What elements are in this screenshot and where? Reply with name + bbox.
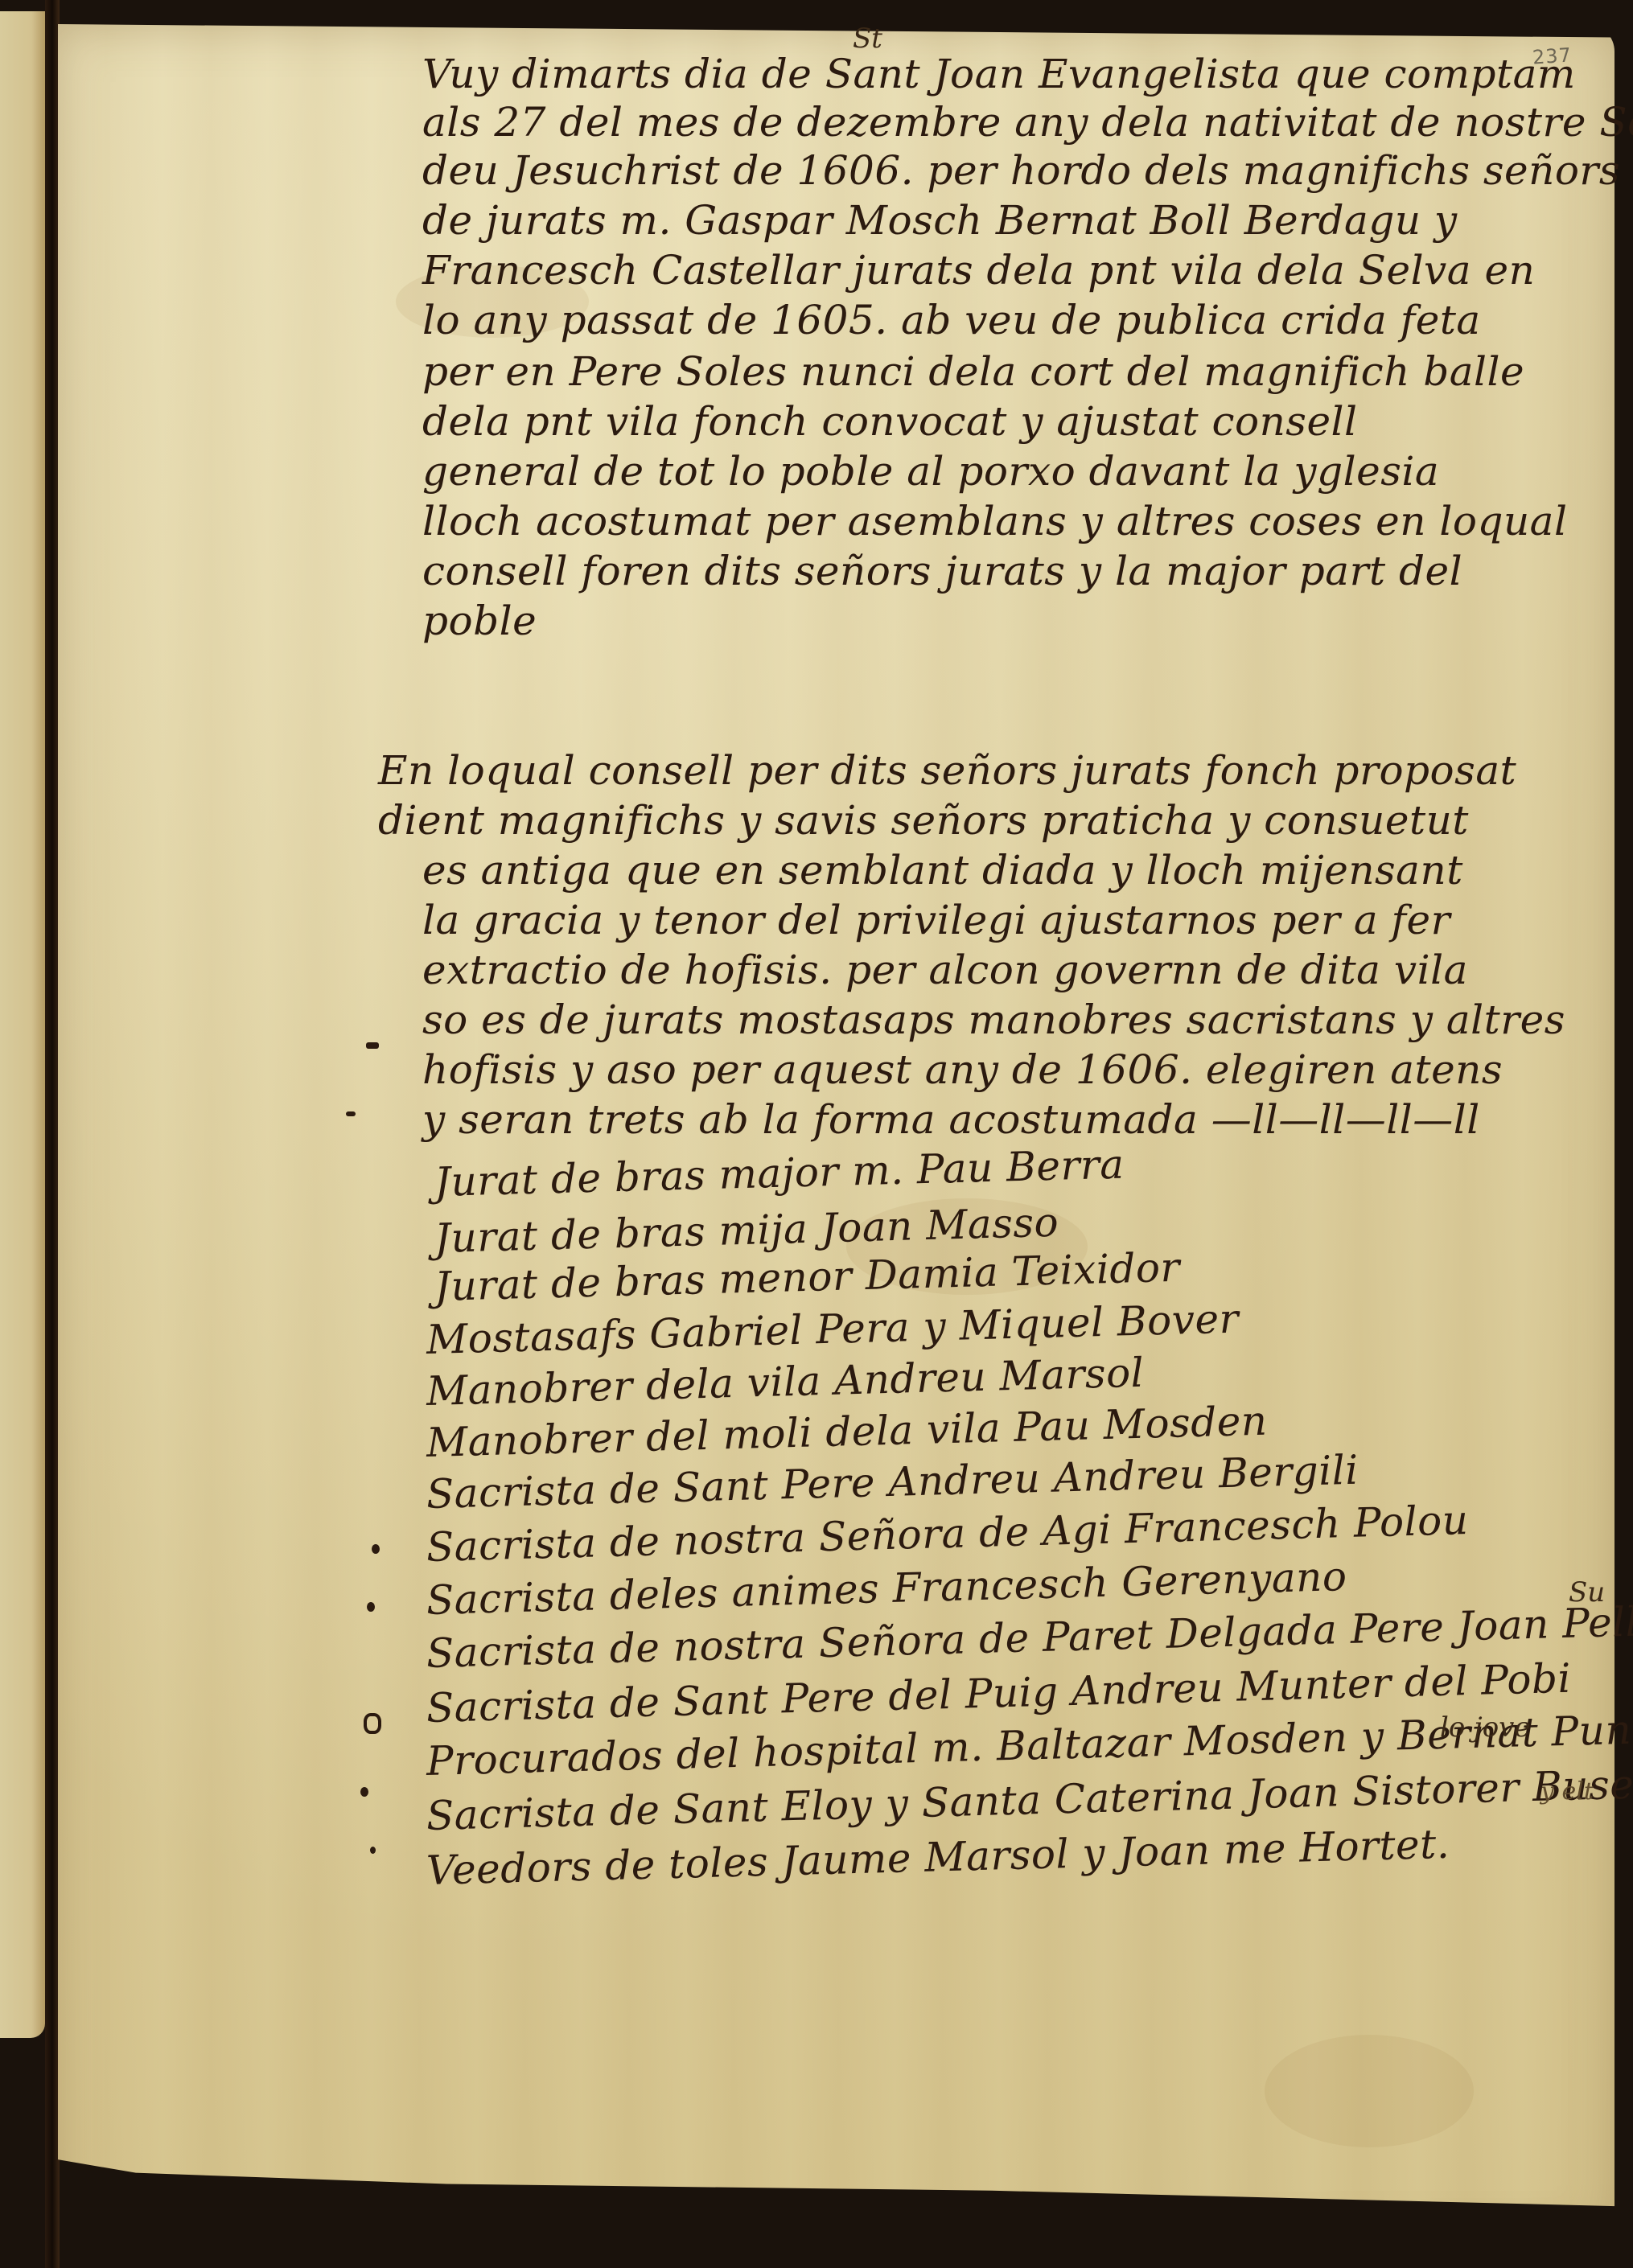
- manuscript-line: de jurats m. Gaspar Mosch Bernat Boll Be…: [422, 196, 1458, 244]
- manuscript-line: En loqual consell per dits señors jurats…: [378, 746, 1516, 795]
- margin-dot: [367, 1602, 375, 1612]
- manuscript-line: extractio de hofisis. per alcon governn …: [422, 946, 1468, 994]
- manuscript-line: poble: [422, 597, 537, 645]
- parchment-stain: [1265, 2035, 1474, 2147]
- manuscript-line: per en Pere Soles nunci dela cort del ma…: [422, 347, 1524, 396]
- margin-mark: [346, 1111, 356, 1116]
- manuscript-line: hofisis y aso per aquest any de 1606. el…: [422, 1046, 1503, 1094]
- manuscript-line: dela pnt vila fonch convocat y ajustat c…: [422, 397, 1358, 446]
- manuscript-line: y seran trets ab la forma acostumada —ll…: [422, 1095, 1480, 1144]
- manuscript-line: la gracia y tenor del privilegi ajustarn…: [422, 896, 1450, 944]
- margin-note: y elt: [1540, 1777, 1594, 1806]
- manuscript-line: lloch acostumat per asemblans y altres c…: [422, 497, 1567, 545]
- interlinear-note: lo jove: [1440, 1711, 1531, 1744]
- manuscript-line: lo any passat de 1605. ab veu de publica…: [422, 296, 1481, 344]
- margin-note: Su: [1569, 1576, 1605, 1609]
- margin-ring-mark: [364, 1713, 381, 1734]
- margin-mark: [366, 1042, 379, 1049]
- manuscript-line: als 27 del mes de dezembre any dela nati…: [422, 98, 1633, 146]
- manuscript-line: dient magnifichs y savis señors praticha…: [378, 796, 1469, 844]
- manuscript-line: general de tot lo poble al porxo davant …: [422, 447, 1439, 495]
- superscript-annotation: St: [853, 23, 882, 55]
- manuscript-line: consell foren dits señors jurats y la ma…: [422, 547, 1462, 595]
- margin-dot: [370, 1847, 376, 1854]
- facing-page-edge: [0, 11, 45, 2038]
- book-gutter: [45, 0, 60, 2268]
- margin-dot: [360, 1787, 368, 1797]
- margin-dot: [372, 1544, 380, 1554]
- manuscript-line: deu Jesuchrist de 1606. per hordo dels m…: [422, 146, 1620, 195]
- manuscript-line: Vuy dimarts dia de Sant Joan Evangelista…: [422, 50, 1576, 98]
- manuscript-line: es antiga que en semblant diada y lloch …: [422, 846, 1463, 894]
- manuscript-line: Francesch Castellar jurats dela pnt vila…: [422, 246, 1535, 294]
- manuscript-line: so es de jurats mostasaps manobres sacri…: [422, 996, 1565, 1044]
